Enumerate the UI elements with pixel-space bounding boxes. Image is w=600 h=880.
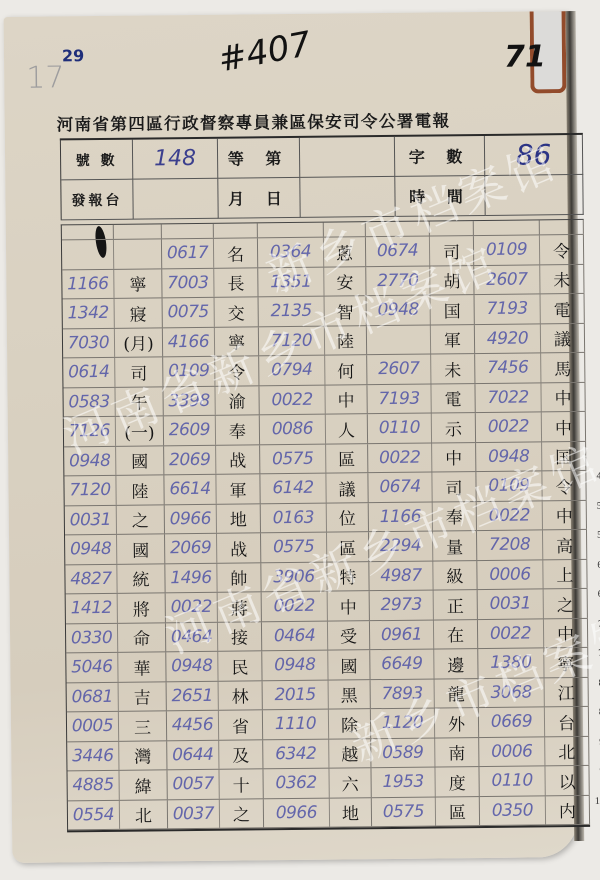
decoded-character: 量 — [433, 531, 477, 560]
decoded-character: 战 — [216, 445, 260, 474]
telegraph-code: 1351 — [258, 267, 324, 296]
telegraph-code: 0086 — [260, 415, 326, 444]
decoded-character: 内 — [546, 795, 590, 824]
value-grade — [300, 137, 395, 178]
telegraph-code: 0005 — [67, 712, 119, 741]
decoded-character: 中 — [328, 591, 370, 620]
telegraph-code: 0583 — [63, 387, 115, 416]
telegraph-code: 0794 — [259, 356, 325, 385]
telegraph-code: 0464 — [166, 622, 218, 651]
telegraph-code: 7893 — [371, 679, 435, 708]
telegraph-code: 2609 — [164, 416, 216, 445]
telegraph-code: 7456 — [475, 353, 541, 382]
decoded-character: 林 — [219, 681, 263, 710]
handwritten-reference-number: #407 — [215, 24, 314, 80]
decoded-character: 國 — [117, 534, 165, 563]
telegraph-code: 7193 — [475, 294, 541, 323]
telegraph-code: 0464 — [262, 621, 328, 650]
decoded-character — [114, 239, 162, 268]
telegraph-code: 6649 — [370, 650, 434, 679]
telegraph-code: 0948 — [166, 652, 218, 681]
decoded-character: 寢 — [115, 298, 163, 327]
telegraph-code: 0022 — [478, 619, 544, 648]
decoded-character: 南 — [435, 738, 479, 767]
decoded-character: 區 — [436, 797, 480, 826]
decoded-character: 示 — [432, 413, 476, 442]
decoded-character: 上 — [543, 559, 587, 588]
decoded-character: 交 — [215, 297, 259, 326]
telegraph-code: 0575 — [261, 533, 327, 562]
decoded-character: 度 — [435, 767, 479, 796]
decoded-character: 軍 — [431, 325, 475, 354]
telegraph-code: 4456 — [167, 711, 219, 740]
telegram-code-table: 0617名0364蔥0674司0109令1166寧7003長1351安2770胡… — [61, 219, 590, 832]
telegraph-code: 0674 — [366, 237, 430, 266]
value-month-day — [300, 177, 395, 218]
form-title: 河南省第四區行政督察專員兼區保安司令公署電報 — [57, 106, 587, 136]
telegraph-code: 1953 — [371, 768, 435, 797]
decoded-character: 黑 — [329, 680, 371, 709]
decoded-character: 蔣 — [218, 592, 262, 621]
decoded-character: 民 — [218, 651, 262, 680]
telegram-form-page: 29 17 #407 71 河南省第四區行政督察專員兼區保安司令公署電報 號 數… — [4, 11, 579, 863]
telegraph-code: 0948 — [476, 442, 542, 471]
handwritten-page-number: 71 — [504, 39, 546, 74]
decoded-character: 陸 — [116, 475, 164, 504]
decoded-character: 名 — [214, 238, 258, 267]
label-grade: 等 第 — [218, 138, 300, 179]
telegraph-code: 0022 — [368, 443, 432, 472]
decoded-character: 陸 — [325, 326, 367, 355]
telegraph-code: 0362 — [263, 769, 329, 798]
code-row: 0554北0037之0966地0575區0350内100 — [68, 795, 590, 830]
decoded-character: 中 — [544, 618, 588, 647]
archive-corner-number: 29 — [62, 46, 84, 65]
decoded-character: 司 — [430, 236, 474, 265]
label-sending-station: 發報台 — [61, 180, 133, 221]
value-word-count: 86 — [485, 135, 583, 176]
telegraph-code: 0614 — [63, 358, 115, 387]
decoded-character: 在 — [434, 620, 478, 649]
telegraph-code: 0575 — [372, 797, 436, 826]
telegraph-code: 0554 — [68, 800, 120, 829]
telegraph-code: 0006 — [477, 560, 543, 589]
telegraph-code: 1412 — [66, 594, 118, 623]
decoded-character: 高 — [543, 530, 587, 559]
telegraph-code: 0110 — [479, 766, 545, 795]
decoded-character: 六 — [329, 768, 371, 797]
telegraph-code: 4827 — [65, 564, 117, 593]
decoded-character: 統 — [117, 564, 165, 593]
telegraph-code: 7003 — [162, 268, 214, 297]
decoded-character: 渝 — [215, 386, 259, 415]
telegraph-code: 4166 — [163, 327, 215, 356]
telegraph-code: 0644 — [167, 740, 219, 769]
label-word-count: 字 數 — [395, 136, 485, 177]
telegraph-code: 0022 — [476, 412, 542, 441]
decoded-character: 外 — [435, 708, 479, 737]
decoded-character: 吉 — [119, 682, 167, 711]
pencil-mark: 17 — [26, 60, 65, 95]
telegraph-code: 1166 — [369, 502, 433, 531]
decoded-character: 邊 — [434, 649, 478, 678]
decoded-character: 緯 — [119, 770, 167, 799]
row-word-count-marker: 45 — [596, 471, 600, 482]
telegraph-code: 2069 — [165, 534, 217, 563]
telegraph-code: 0163 — [261, 503, 327, 532]
decoded-character: 國 — [116, 446, 164, 475]
decoded-character: 議 — [541, 323, 585, 352]
telegraph-code: 0110 — [368, 414, 432, 443]
telegraph-code: 0022 — [166, 593, 218, 622]
decoded-character: 胡 — [430, 266, 474, 295]
decoded-character: 以 — [545, 766, 589, 795]
decoded-character: 中 — [543, 500, 587, 529]
telegraph-code: 3398 — [163, 386, 215, 415]
telegraph-code: 0966 — [264, 798, 330, 827]
decoded-character: 令 — [542, 471, 586, 500]
decoded-character: 奉 — [216, 415, 260, 444]
decoded-character: 北 — [120, 800, 168, 829]
decoded-character: 中 — [325, 385, 367, 414]
decoded-character: 国 — [431, 295, 475, 324]
telegraph-code: 4987 — [369, 561, 433, 590]
decoded-character: 司 — [115, 357, 163, 386]
telegraph-code: 1496 — [165, 563, 217, 592]
telegraph-code: 3068 — [479, 678, 545, 707]
decoded-character: 級 — [433, 561, 477, 590]
telegraph-code: 0575 — [260, 444, 326, 473]
telegraph-code: 0589 — [371, 738, 435, 767]
decoded-character: 電 — [541, 294, 585, 323]
decoded-character: 將 — [118, 593, 166, 622]
telegraph-code: 2294 — [369, 532, 433, 561]
telegraph-code: 2015 — [263, 680, 329, 709]
decoded-character: 寧 — [114, 269, 162, 298]
telegraph-code: 0350 — [480, 796, 546, 825]
decoded-character: 三 — [119, 711, 167, 740]
telegraph-code: 0948 — [64, 446, 116, 475]
telegraph-code: 0364 — [258, 238, 324, 267]
decoded-character: 寧 — [544, 648, 588, 677]
telegraph-code: 6614 — [164, 475, 216, 504]
telegraph-code: 1110 — [263, 710, 329, 739]
decoded-character: 奉 — [433, 502, 477, 531]
decoded-character: 之 — [544, 589, 588, 618]
telegraph-code: 0022 — [259, 385, 325, 414]
decoded-character: 受 — [328, 621, 370, 650]
decoded-character: 北 — [545, 736, 589, 765]
telegraph-code: 2135 — [259, 297, 325, 326]
value-time — [485, 175, 583, 216]
telegraph-code: 4920 — [475, 324, 541, 353]
decoded-character: 及 — [219, 740, 263, 769]
decoded-character: (一) — [116, 416, 164, 445]
decoded-character: 何 — [325, 355, 367, 384]
decoded-character: 国 — [542, 441, 586, 470]
decoded-character: 智 — [325, 296, 367, 325]
decoded-character: 區 — [327, 532, 369, 561]
telegraph-code: 0948 — [65, 535, 117, 564]
value-sending-station — [133, 179, 218, 220]
decoded-character: 人 — [326, 414, 368, 443]
decoded-character: 令 — [540, 235, 584, 264]
telegraph-code: 6142 — [260, 474, 326, 503]
decoded-character: 華 — [118, 652, 166, 681]
telegraph-code: 5046 — [66, 653, 118, 682]
decoded-character: 省 — [219, 710, 263, 739]
decoded-character: 議 — [326, 473, 368, 502]
telegraph-code: 2607 — [367, 355, 431, 384]
decoded-character: 司 — [432, 472, 476, 501]
decoded-character: 地 — [330, 798, 372, 827]
telegraph-code: 0057 — [167, 770, 219, 799]
telegraph-code: 0006 — [479, 737, 545, 766]
decoded-character: 區 — [326, 444, 368, 473]
telegraph-code: 2069 — [164, 445, 216, 474]
label-serial-number: 號 數 — [61, 140, 133, 181]
decoded-character: 中 — [432, 443, 476, 472]
telegraph-code: 0948 — [262, 651, 328, 680]
decoded-character: 寧 — [215, 327, 259, 356]
decoded-character: 接 — [218, 622, 262, 651]
decoded-character: 軍 — [216, 474, 260, 503]
telegraph-code: 0674 — [368, 473, 432, 502]
telegraph-code: 1120 — [371, 709, 435, 738]
decoded-character: (月) — [115, 328, 163, 357]
telegraph-code: 0669 — [479, 707, 545, 736]
telegraph-code: 7120 — [64, 476, 116, 505]
decoded-character: 國 — [328, 650, 370, 679]
telegraph-code — [367, 325, 431, 354]
telegraph-code: 0330 — [66, 623, 118, 652]
telegraph-code: 0109 — [474, 235, 540, 264]
telegraph-code: 0075 — [163, 298, 215, 327]
decoded-character: 未 — [540, 264, 584, 293]
decoded-character: 之 — [117, 505, 165, 534]
telegraph-code: 0681 — [67, 682, 119, 711]
decoded-character: 位 — [327, 503, 369, 532]
decoded-character: 命 — [118, 623, 166, 652]
telegraph-code: 0948 — [367, 296, 431, 325]
label-month-day: 月 日 — [218, 178, 300, 219]
telegraph-code: 2607 — [474, 265, 540, 294]
decoded-character: 安 — [324, 267, 366, 296]
telegraph-code: 0966 — [165, 504, 217, 533]
telegram-header-table: 號 數 148 等 第 字 數 86 發報台 月 日 時 間 — [60, 133, 584, 220]
telegraph-code: 1342 — [63, 299, 115, 328]
telegraph-code: 3906 — [261, 562, 327, 591]
value-serial-number: 148 — [133, 139, 218, 180]
decoded-character: 中 — [542, 412, 586, 441]
telegraph-code: 2770 — [366, 266, 430, 295]
telegraph-code: 7126 — [64, 417, 116, 446]
telegraph-code: 1380 — [478, 648, 544, 677]
telegraph-code: 1166 — [62, 269, 114, 298]
decoded-character: 地 — [217, 504, 261, 533]
decoded-character: 江 — [545, 677, 589, 706]
decoded-character: 馬 — [541, 353, 585, 382]
decoded-character: 帥 — [217, 563, 261, 592]
decoded-character: 正 — [434, 590, 478, 619]
telegraph-code: 3446 — [67, 741, 119, 770]
telegraph-code: 6342 — [263, 739, 329, 768]
decoded-character: 除 — [329, 709, 371, 738]
telegraph-code: 7030 — [63, 328, 115, 357]
telegraph-code: 0037 — [168, 799, 220, 828]
decoded-character: 蔥 — [324, 237, 366, 266]
telegraph-code: 0031 — [65, 505, 117, 534]
telegraph-code: 0031 — [478, 589, 544, 618]
decoded-character: 午 — [115, 387, 163, 416]
decoded-character: 特 — [327, 562, 369, 591]
telegraph-code: 0617 — [162, 239, 214, 268]
telegraph-code: 7193 — [367, 384, 431, 413]
telegraph-code: 0961 — [370, 620, 434, 649]
decoded-character: 十 — [219, 769, 263, 798]
telegraph-code — [62, 240, 114, 269]
decoded-character: 越 — [329, 739, 371, 768]
decoded-character: 龍 — [435, 679, 479, 708]
telegraph-code: 0022 — [262, 592, 328, 621]
telegraph-code: 0109 — [163, 357, 215, 386]
telegraph-code: 7208 — [477, 530, 543, 559]
telegraph-code: 0109 — [476, 471, 542, 500]
telegraph-code: 2651 — [167, 681, 219, 710]
telegraph-code: 4885 — [67, 771, 119, 800]
row-word-count-marker: 100 — [595, 795, 600, 806]
decoded-character: 灣 — [119, 741, 167, 770]
decoded-character: 中 — [541, 382, 585, 411]
decoded-character: 電 — [431, 384, 475, 413]
decoded-character: 長 — [214, 268, 258, 297]
decoded-character: 台 — [545, 707, 589, 736]
decoded-character: 之 — [220, 799, 264, 828]
label-time: 時 間 — [395, 176, 485, 217]
decoded-character: 战 — [217, 533, 261, 562]
telegraph-code: 2973 — [370, 591, 434, 620]
decoded-character: 令 — [215, 356, 259, 385]
telegraph-code: 7120 — [259, 326, 325, 355]
decoded-character: 未 — [431, 354, 475, 383]
telegraph-code: 0022 — [477, 501, 543, 530]
telegraph-code: 7022 — [475, 383, 541, 412]
